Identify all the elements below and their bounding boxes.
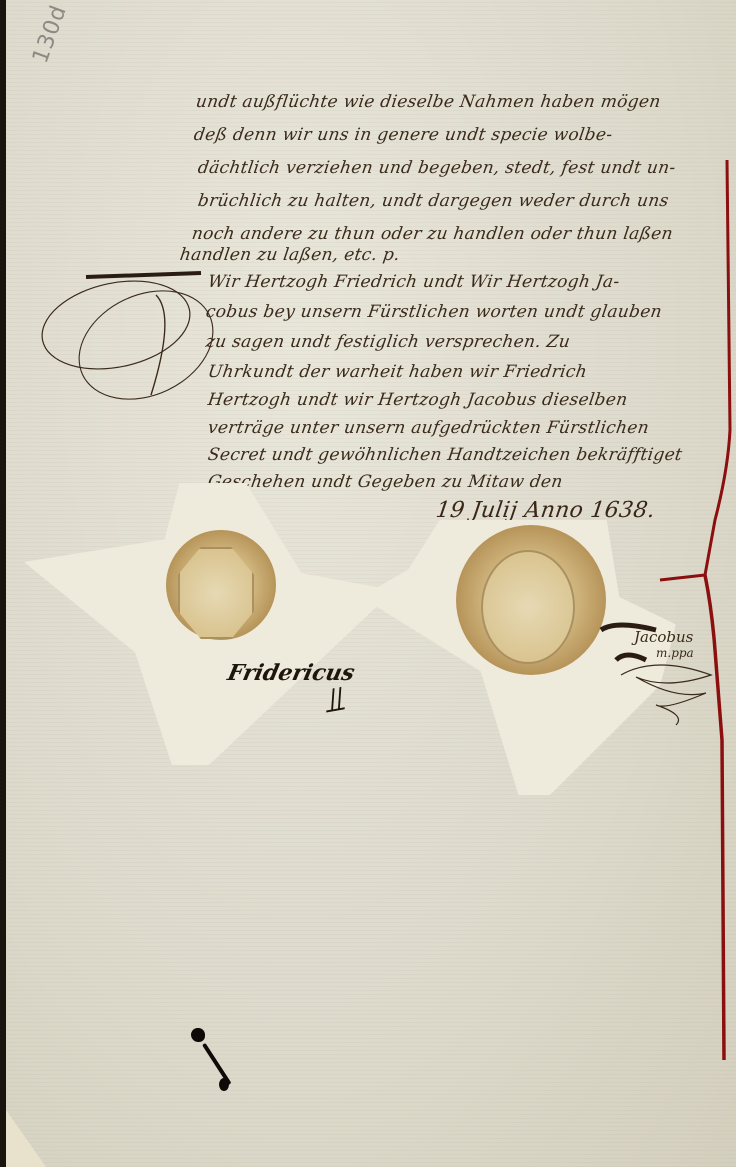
oval-seal-icon bbox=[481, 550, 575, 664]
manuscript-page: 130d undt außflüchte wie dieselbe Nahmen… bbox=[6, 0, 736, 1167]
text-line: Secret undt gewöhnlichen Handtzeichen be… bbox=[207, 445, 684, 465]
text-line: brüchlich zu halten, undt dargegen weder… bbox=[197, 191, 670, 211]
text-line: verträge unter unsern aufgedrückten Fürs… bbox=[207, 418, 651, 438]
signature-jacobus: Jacobus bbox=[634, 628, 693, 646]
signature-jacobus-suffix: m.ppa bbox=[656, 646, 694, 660]
folded-corner bbox=[6, 1110, 46, 1167]
text-line: handlen zu laßen, etc. p. bbox=[179, 245, 402, 265]
pencil-folio-number: 130d bbox=[28, 2, 72, 67]
text-line: zu sagen undt festiglich versprechen. Zu bbox=[205, 332, 572, 352]
text-line: deß denn wir uns in genere undt specie w… bbox=[193, 125, 614, 145]
text-line: Hertzogh undt wir Hertzogh Jacobus diese… bbox=[207, 390, 629, 410]
text-line: Geschehen undt Gegeben zu Mitaw den bbox=[207, 472, 564, 492]
text-line: cobus bey unsern Fürstlichen worten undt… bbox=[205, 302, 664, 322]
ink-drip-end-icon bbox=[219, 1078, 229, 1091]
date-line: 19 Julij Anno 1638. bbox=[434, 498, 657, 523]
text-line: dächtlich verziehen und begeben, stedt, … bbox=[197, 158, 677, 178]
text-line: noch andere zu thun oder zu handlen oder… bbox=[191, 224, 675, 244]
text-line: undt außflüchte wie dieselbe Nahmen habe… bbox=[195, 92, 662, 112]
text-line: Uhrkundt der warheit haben wir Friedrich bbox=[207, 362, 589, 382]
text-line: Wir Hertzogh Friedrich undt Wir Hertzogh… bbox=[207, 272, 621, 292]
ink-blot-icon bbox=[191, 1028, 205, 1042]
